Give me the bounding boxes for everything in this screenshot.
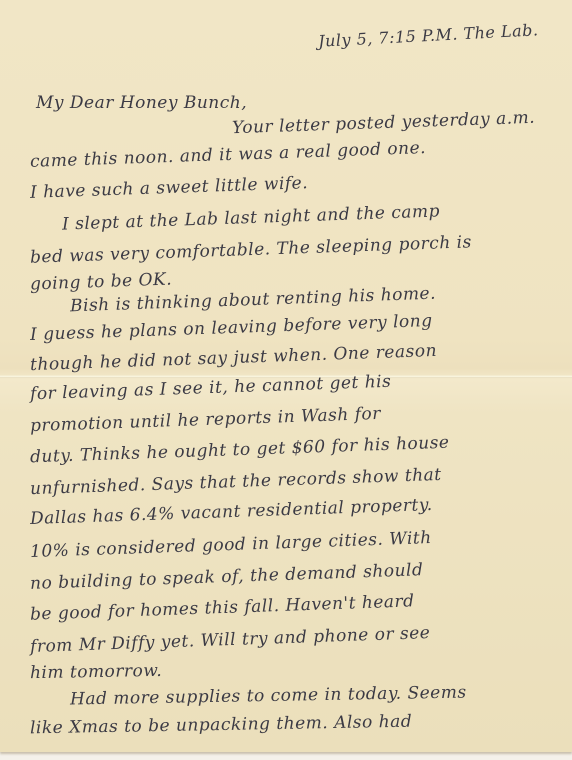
letter-line: unfurnished. Says that the records show …	[30, 465, 442, 499]
letter-line: though he did not say just when. One rea…	[30, 341, 438, 375]
letter-line: like Xmas to be unpacking them. Also had	[30, 712, 412, 739]
letter-line: bed was very comfortable. The sleeping p…	[30, 232, 472, 267]
letter-line: Your letter posted yesterday a.m.	[232, 108, 536, 139]
letter-line: came this noon. and it was a real good o…	[30, 138, 427, 172]
letter-line: I guess he plans on leaving before very …	[30, 311, 433, 345]
letter-line: duty. Thinks he ought to get $60 for his…	[30, 433, 450, 468]
letter-line: from Mr Diffy yet. Will try and phone or…	[30, 623, 431, 657]
letter-dateline: July 5, 7:15 P.M. The Lab.	[318, 20, 539, 51]
letter-line: promotion until he reports in Wash for	[30, 404, 381, 436]
letter-line: 10% is considered good in large cities. …	[30, 528, 432, 562]
letter-line: Had more supplies to come in today. Seem…	[70, 683, 467, 710]
letter-line: Dallas has 6.4% vacant residential prope…	[30, 495, 433, 529]
letter-salutation: My Dear Honey Bunch,	[36, 93, 247, 113]
letter-line: I have such a sweet little wife.	[30, 173, 309, 203]
letter-line: be good for homes this fall. Haven't hea…	[30, 591, 415, 624]
letter-page: July 5, 7:15 P.M. The Lab. My Dear Honey…	[0, 0, 572, 752]
letter-line: no building to speak of, the demand shou…	[30, 560, 424, 594]
letter-line: going to be OK.	[30, 270, 173, 295]
letter-line: him tomorrow.	[30, 661, 163, 683]
letter-line: I slept at the Lab last night and the ca…	[62, 201, 441, 234]
